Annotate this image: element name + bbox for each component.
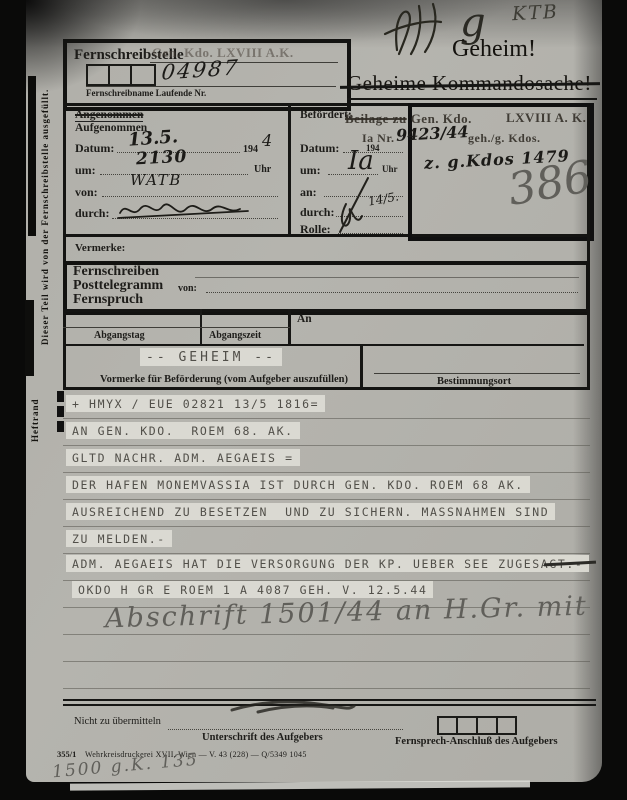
rule — [374, 373, 580, 374]
stamp-beilage-struck: Beilage zu — [345, 111, 407, 126]
serial-cells — [86, 64, 156, 86]
abgangszeit-label: Abgangszeit — [209, 330, 261, 341]
binding-bar-2 — [25, 300, 34, 376]
year-value-handwritten: 4 — [262, 131, 272, 150]
message-line: DER HAFEN MONEMVASSIA IST DURCH GEN. KDO… — [66, 476, 530, 493]
abgangstag-label: Abgangstag — [94, 330, 145, 341]
rule — [195, 277, 579, 278]
vermerke-row — [63, 237, 590, 261]
rule — [86, 86, 336, 87]
message-line: ZU MELDEN.- — [66, 530, 172, 547]
von-value-handwritten: WATB — [130, 171, 182, 189]
angenommen-label: Angenommen — [75, 109, 143, 122]
geheim-typed: -- GEHEIM -- — [140, 348, 282, 366]
fwd-um-label: um: — [300, 163, 321, 178]
datum-label: Datum: — [75, 141, 114, 156]
message-line: AN GEN. KDO. ROEM 68. AK. — [66, 422, 300, 439]
printer-number: 355/1 — [57, 749, 76, 759]
signature-rule — [168, 729, 403, 730]
ia-mark-handwritten: Ia — [348, 146, 374, 176]
rule — [63, 344, 584, 346]
vermerke-label: Vermerke: — [75, 242, 125, 254]
um-value-handwritten: 2130 — [136, 147, 188, 170]
underline — [347, 98, 597, 100]
binding-bar — [28, 76, 36, 236]
message-line: ADM. AEGAEIS HAT DIE VERSORGUNG DER KP. … — [66, 555, 589, 572]
phone-cells — [437, 716, 517, 735]
posttelegramm-von-label: von: — [178, 283, 197, 294]
stamp-geh: geh./g. Kdos. — [468, 131, 541, 146]
unterschrift-label: Unterschrift des Aufgebers — [202, 732, 323, 743]
fernsprech-label: Fernsprech-Anschluß des Aufgebers — [395, 736, 558, 747]
handwritten-ktb: KTB — [511, 1, 559, 25]
signature-scribble — [116, 197, 266, 223]
stamp-unit: LXVIII A. K. — [506, 110, 586, 126]
year-print: 194 — [243, 144, 258, 155]
fwd-datum-label: Datum: — [300, 141, 339, 156]
message-line: + HMYX / EUE 02821 13/5 1816= — [66, 395, 325, 412]
um-label: um: — [75, 163, 96, 178]
vormerke-label: Vormerke für Beförderung (vom Aufgeber a… — [100, 374, 348, 385]
fwd-an-label: an: — [300, 185, 317, 200]
serial-label: Fernschreibname Laufende Nr. — [86, 88, 206, 98]
scanned-telegram-form: Dieser Teil wird von der Fernschreibstel… — [0, 0, 627, 800]
bestimmungsort-label: Bestimmungsort — [437, 376, 511, 387]
uhr-label: Uhr — [254, 164, 271, 175]
message-line: GLTD NACHR. ADM. AEGAEIS = — [66, 449, 300, 466]
von-label: von: — [75, 185, 98, 200]
an-label: An — [297, 313, 312, 325]
rule — [206, 292, 578, 293]
geheim-label: Geheim! — [452, 36, 536, 63]
nicht-label: Nicht zu übermitteln — [74, 716, 161, 727]
rule — [63, 327, 290, 328]
fwd-uhr-label: Uhr — [382, 164, 398, 174]
message-line: AUSREICHEND ZU BESETZEN UND ZU SICHERN. … — [66, 503, 555, 520]
heftrand-label: Heftrand — [30, 378, 40, 442]
cell-divider — [360, 344, 363, 387]
stamp-ia-nr: Ia Nr. — [362, 131, 395, 146]
durch-label: durch: — [75, 206, 109, 221]
stamp-number-handwritten: 9423/44 — [396, 122, 470, 145]
column-divider — [288, 103, 291, 237]
pencil-smudge — [228, 696, 358, 716]
befoerdert-label: Befördert: — [300, 109, 352, 121]
margin-note-vertical: Dieser Teil wird von der Fernschreibstel… — [40, 45, 50, 345]
fernspruch-label: Fernspruch — [73, 292, 143, 308]
